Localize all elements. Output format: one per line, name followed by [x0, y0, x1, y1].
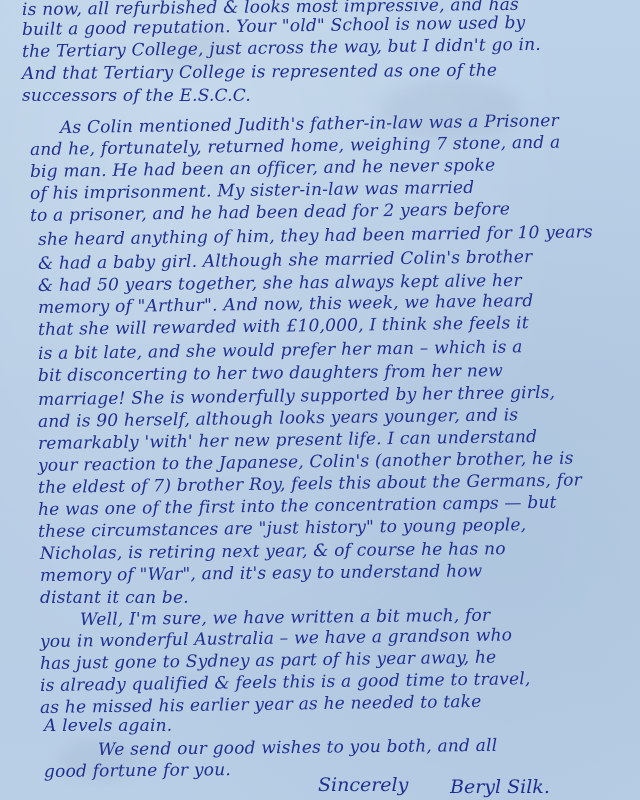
letter-line: A levels again. — [44, 716, 172, 736]
letter-signature: Beryl Silk. — [450, 776, 550, 798]
letter-line: that she will rewarded with £10,000, I t… — [38, 313, 529, 340]
letter-line: bit disconcerting to her two daughters f… — [38, 361, 503, 386]
letter-line: these circumstances are "just history" t… — [38, 515, 527, 542]
letter-line: & had a baby girl. Although she married … — [38, 247, 533, 274]
letter-line: memory of "War", and it's easy to unders… — [40, 561, 483, 586]
letter-line: she heard anything of him, they had been… — [38, 222, 593, 250]
handwritten-letter-page: is now, all refurbished & looks most imp… — [0, 0, 640, 800]
letter-line: Nicholas, is retiring next year, & of co… — [40, 539, 506, 564]
letter-line: good fortune for you. — [44, 760, 231, 782]
letter-line: to a prisoner, and he had been dead for … — [30, 199, 510, 226]
letter-line: distant it can be. — [40, 588, 189, 608]
letter-line: We send our good wishes to you both, and… — [98, 736, 498, 760]
letter-line: as he missed his earlier year as he need… — [40, 692, 482, 718]
letter-line: successors of the E.S.C.C. — [22, 86, 251, 106]
letter-line: is a bit late, and she would prefer her … — [38, 337, 523, 364]
letter-line: And that Tertiary College is represented… — [22, 61, 497, 84]
letter-closing: Sincerely — [318, 774, 408, 796]
